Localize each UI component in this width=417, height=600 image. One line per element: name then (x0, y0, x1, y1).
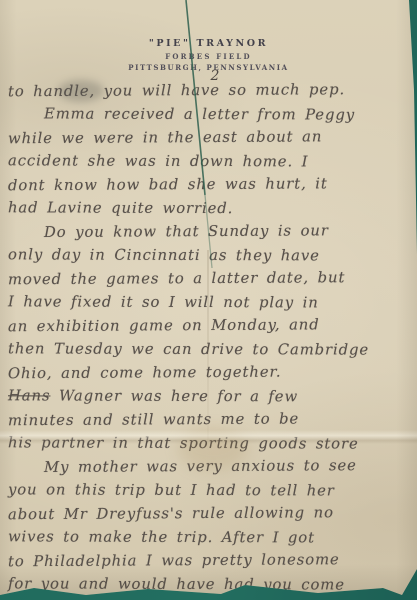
paper-stain (178, 428, 248, 470)
ink-smudge (58, 80, 104, 102)
letter-line-text: Wagner was here for a few (50, 387, 298, 405)
struck-word: Hans (8, 387, 51, 404)
letter-line: Ohio, and come home together. (8, 360, 410, 386)
letter-line: only day in Cincinnati as they have (8, 243, 410, 268)
letter-line: an exhibition game on Monday, and (8, 313, 410, 339)
letter-line: for you and would have had you come (8, 572, 410, 597)
letter-line: accident she was in down home. I (8, 149, 410, 174)
letter-line: you on this trip but I had to tell her (8, 478, 410, 503)
letter-line: had Lavine quite worried. (8, 196, 410, 221)
letter-line: wives to make the trip. After I got (8, 525, 410, 550)
letter-line: then Tuesday we can drive to Cambridge (8, 337, 410, 362)
letter-line: moved the games to a latter date, but (8, 266, 410, 292)
letter-line: Hans Wagner was here for a few (8, 384, 410, 409)
letter-line: Emma received a letter from Peggy (8, 102, 410, 127)
letterhead-name: "PIE" TRAYNOR (0, 38, 417, 49)
letter-line: Do you know that Sunday is our (8, 219, 410, 245)
letter-line: about Mr Dreyfuss's rule allowing no (8, 501, 410, 527)
letter-photo: { "letterhead": { "name": "\"PIE\" TRAYN… (0, 0, 417, 600)
letter-line: dont know how bad she was hurt, it (8, 172, 410, 198)
letter-line: to Philadelphia I was pretty lonesome (8, 548, 410, 574)
letterhead-venue: FORBES FIELD (0, 52, 417, 61)
letter-paper: "PIE" TRAYNOR FORBES FIELD PITTSBURGH, P… (0, 0, 417, 600)
letter-line: I have fixed it so I will not play in (8, 290, 410, 315)
letter-line: while we were in the east about an (8, 125, 410, 151)
letter-body: to handle, you will have so much pep. Em… (8, 79, 410, 596)
letterhead: "PIE" TRAYNOR FORBES FIELD PITTSBURGH, P… (0, 38, 417, 72)
